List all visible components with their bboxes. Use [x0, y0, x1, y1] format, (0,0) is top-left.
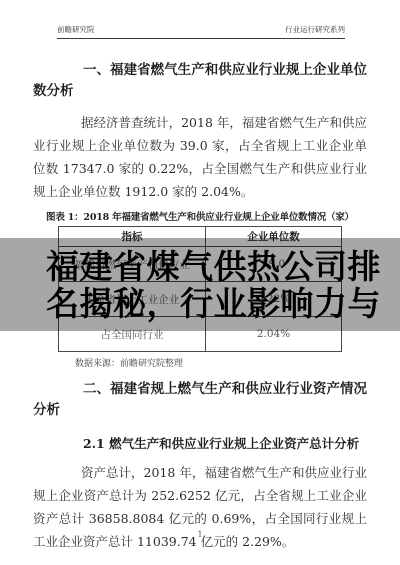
header-right-series: 行业运行研究系列: [285, 24, 345, 35]
page-number: 1: [0, 530, 400, 539]
headline-banner-overlay: 福建省煤气供热公司排名揭秘，行业影响力与: [0, 238, 400, 331]
data-source-note: 数据来源：前瞻研究院整理: [75, 356, 367, 369]
section2-paragraph: 资产总计，2018 年，福建省燃气生产和供应业行业规上企业资产总计为 252.6…: [33, 461, 367, 553]
header-left-brand: 前瞻研究院: [57, 24, 95, 35]
section2-subheading: 2.1 燃气生产和供应业行业规上企业资产总计分析: [83, 434, 367, 452]
section1-heading: 一、福建省燃气生产和供应业行业规上企业单位数分析: [33, 60, 367, 102]
banner-headline-text: 福建省煤气供热公司排名揭秘，行业影响力与: [46, 248, 400, 322]
section2-heading: 二、福建省规上燃气生产和供应业行业资产情况分析: [33, 379, 367, 421]
table-caption: 图表 1：2018 年福建省燃气生产和供应业行业规上企业单位数情况（家）: [33, 209, 367, 223]
page-header: 前瞻研究院 行业运行研究系列: [57, 24, 345, 39]
report-page: 前瞻研究院 行业运行研究系列 一、福建省燃气生产和供应业行业规上企业单位数分析 …: [0, 0, 400, 565]
section1-paragraph: 据经济普查统计，2018 年，福建省燃气生产和供应业行业规上企业单位数为 39.…: [33, 111, 367, 203]
